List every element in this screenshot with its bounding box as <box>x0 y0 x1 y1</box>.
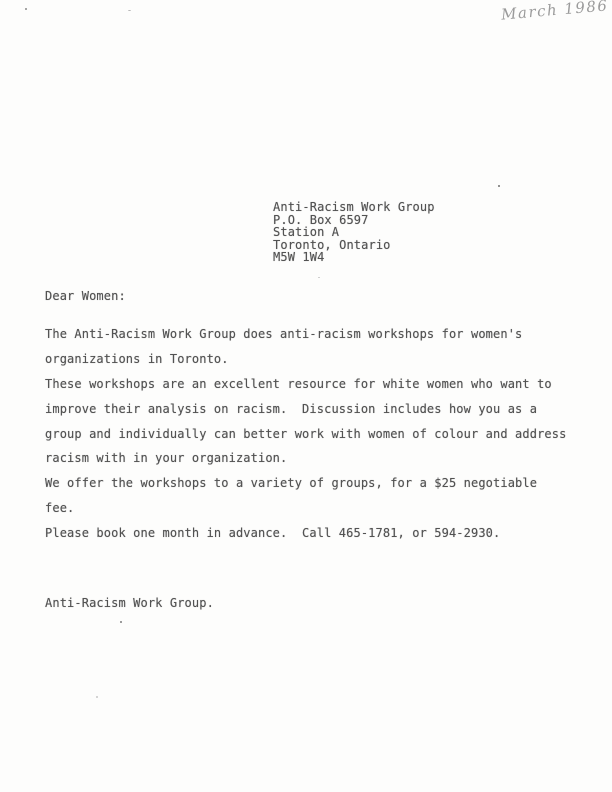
handwritten-date-annotation: March 1986 <box>500 0 609 24</box>
body-line: We offer the workshops to a variety of g… <box>45 471 566 496</box>
scan-speck <box>498 185 500 187</box>
letter-body: The Anti-Racism Work Group does anti-rac… <box>45 322 566 546</box>
sender-address-line: M5W 1W4 <box>273 251 435 264</box>
sender-address-block: Anti-Racism Work Group P.O. Box 6597 Sta… <box>273 201 435 264</box>
scan-speck <box>318 277 320 278</box>
sender-address-line: Station A <box>273 226 435 239</box>
signature-line: Anti-Racism Work Group. <box>45 596 214 610</box>
sender-address-line: Anti-Racism Work Group <box>273 201 435 214</box>
body-line: group and individually can better work w… <box>45 422 566 447</box>
scanned-letter-page: March 1986 Anti-Racism Work Group P.O. B… <box>0 0 612 792</box>
body-line: The Anti-Racism Work Group does anti-rac… <box>45 322 566 347</box>
body-line: improve their analysis on racism. Discus… <box>45 397 566 422</box>
scan-speck <box>120 621 122 623</box>
salutation: Dear Women: <box>45 289 126 303</box>
body-line: These workshops are an excellent resourc… <box>45 372 566 397</box>
body-line: fee. <box>45 496 566 521</box>
scan-speck <box>128 10 131 11</box>
body-line: Please book one month in advance. Call 4… <box>45 521 566 546</box>
scan-speck <box>25 8 27 10</box>
scan-speck <box>96 696 98 698</box>
body-line: organizations in Toronto. <box>45 347 566 372</box>
body-line: racism with in your organization. <box>45 446 566 471</box>
